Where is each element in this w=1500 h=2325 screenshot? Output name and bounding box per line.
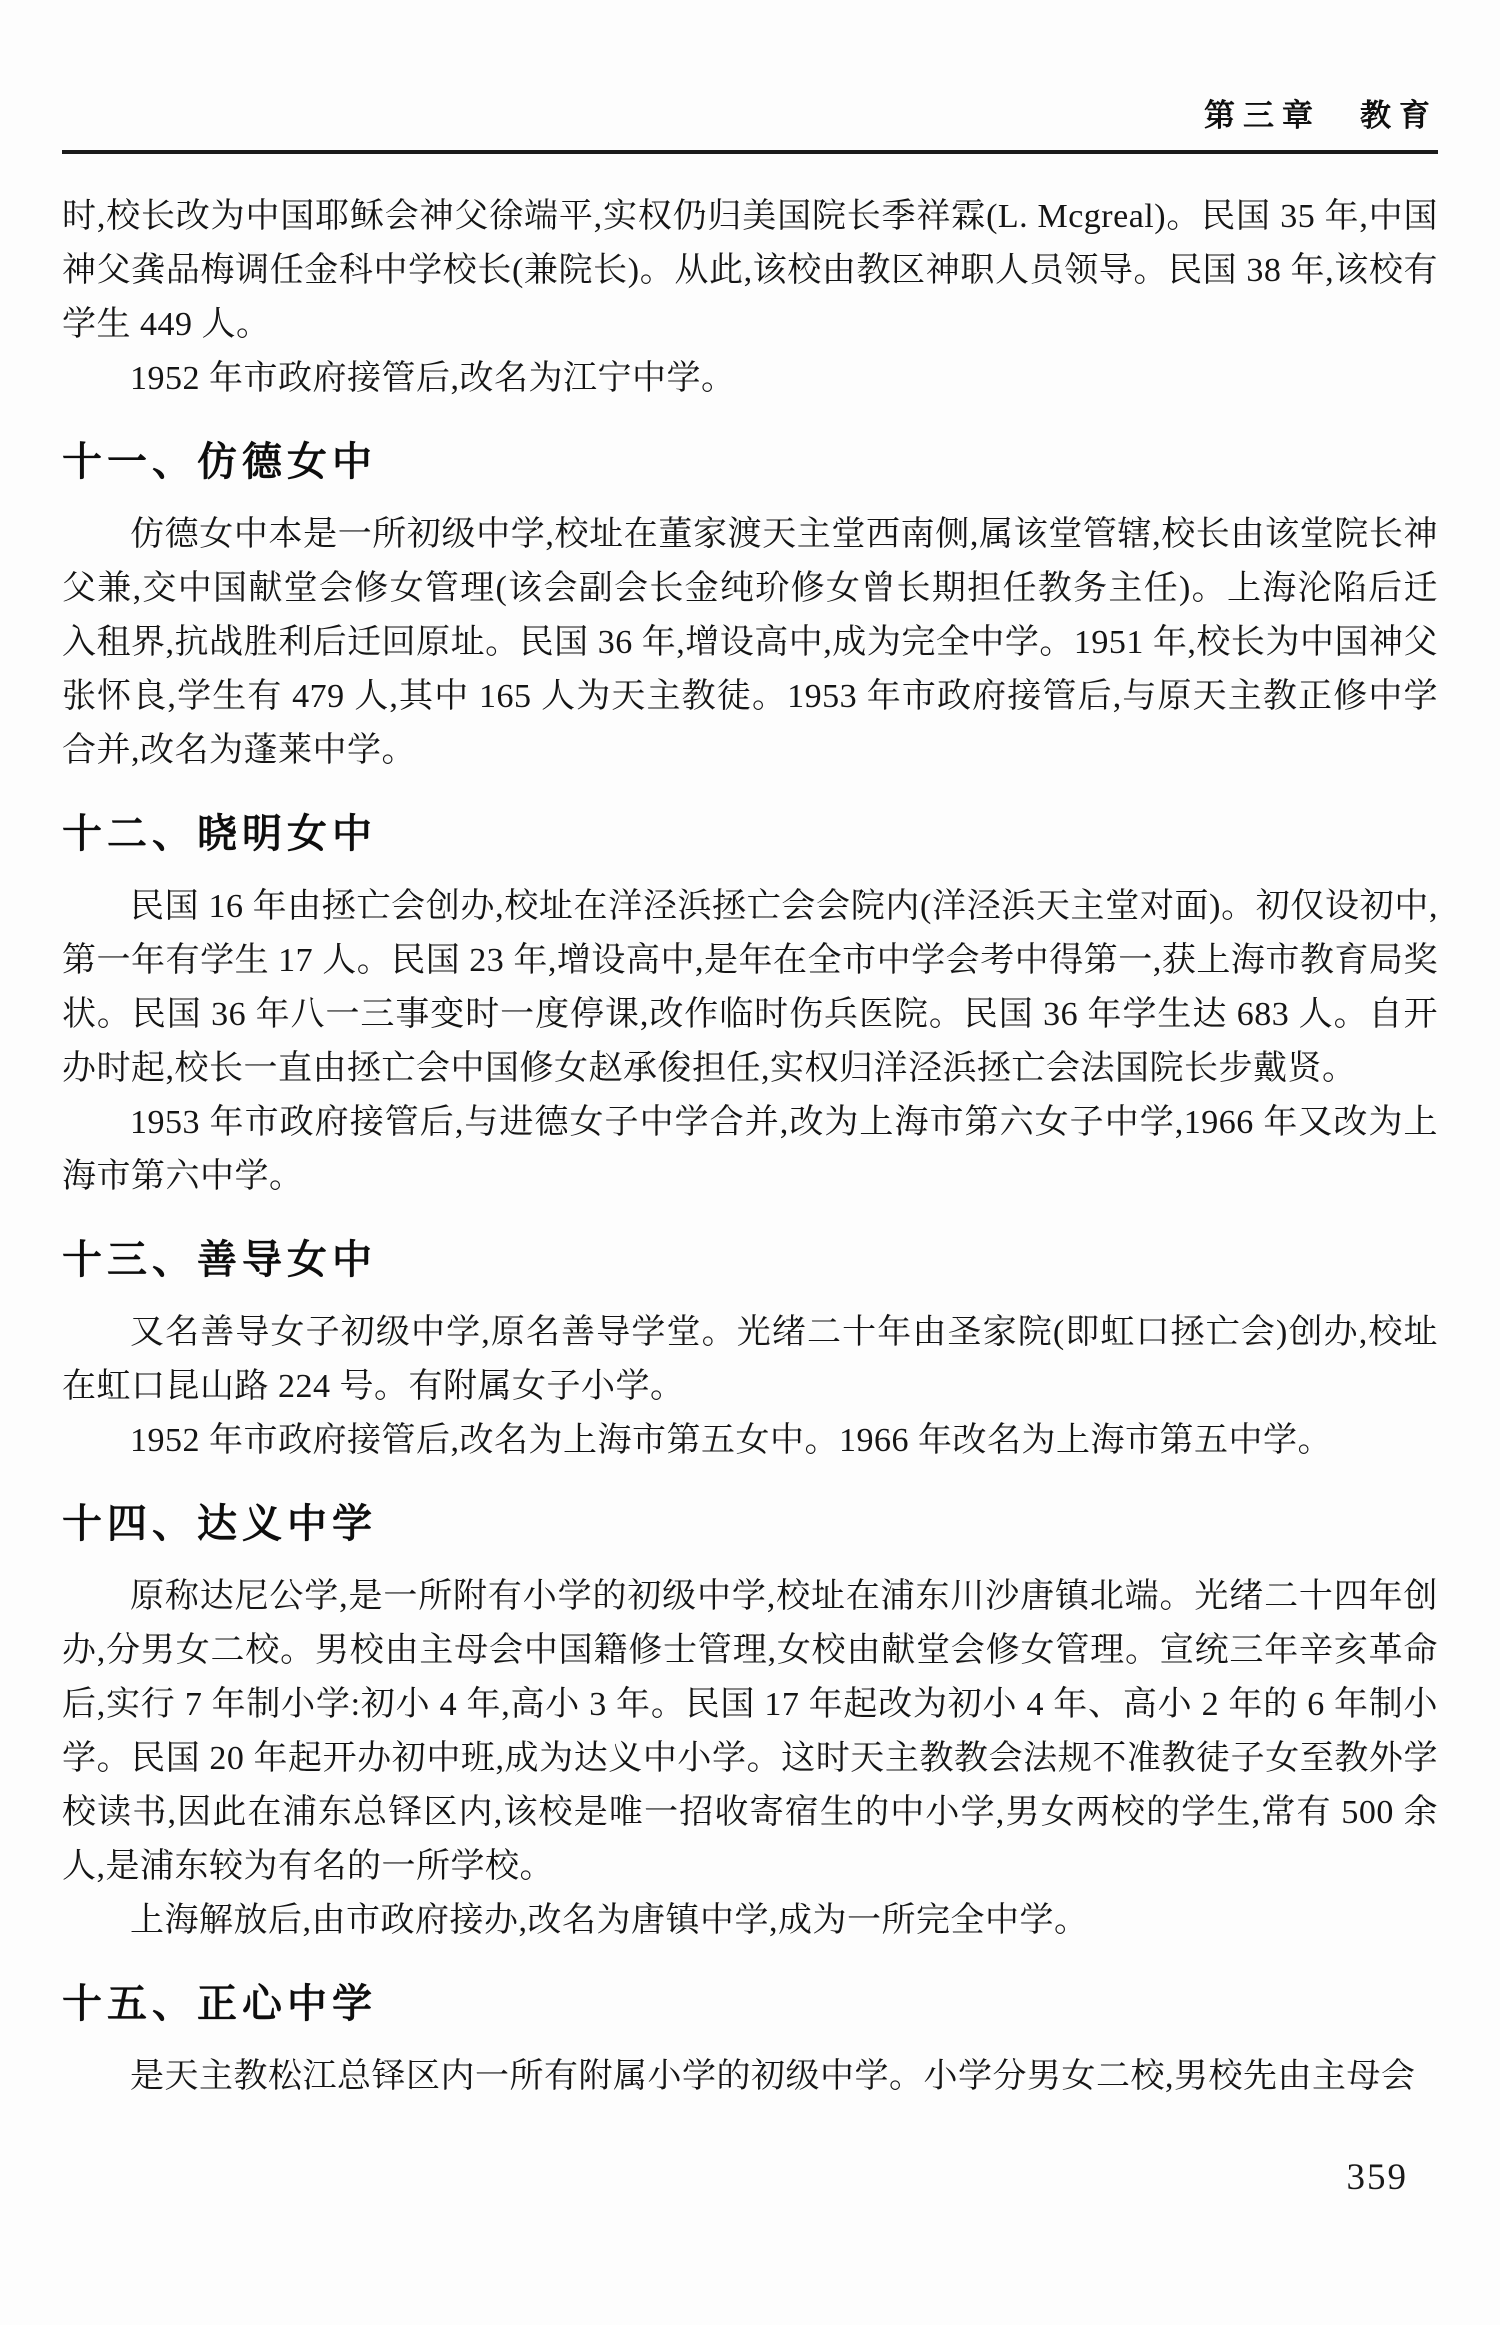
- page-body: 时,校长改为中国耶稣会神父徐端平,实权仍归美国院长季祥霖(L. Mcgreal)…: [62, 190, 1438, 2104]
- section-heading-14: 十四、达义中学: [62, 1502, 1438, 1546]
- section-15-paragraph: 是天主教松江总铎区内一所有附属小学的初级中学。小学分男女二校,男校先由主母会: [62, 2050, 1438, 2104]
- section-13-paragraph-1: 又名善导女子初级中学,原名善导学堂。光绪二十年由圣家院(即虹口拯亡会)创办,校址…: [62, 1306, 1438, 1414]
- section-14-paragraph-1: 原称达尼公学,是一所附有小学的初级中学,校址在浦东川沙唐镇北端。光绪二十四年创办…: [62, 1570, 1438, 1894]
- section-heading-11: 十一、仿德女中: [62, 440, 1438, 484]
- header-divider: [62, 150, 1438, 154]
- chapter-header: 第三章 教育: [62, 0, 1438, 134]
- section-12-paragraph-1: 民国 16 年由拯亡会创办,校址在洋泾浜拯亡会会院内(洋泾浜天主堂对面)。初仅设…: [62, 880, 1438, 1096]
- section-13-paragraph-2: 1952 年市政府接管后,改名为上海市第五女中。1966 年改名为上海市第五中学…: [62, 1414, 1438, 1468]
- intro-paragraph: 1952 年市政府接管后,改名为江宁中学。: [62, 352, 1438, 406]
- scanned-book-page: 第三章 教育 时,校长改为中国耶稣会神父徐端平,实权仍归美国院长季祥霖(L. M…: [0, 0, 1500, 2325]
- section-14-paragraph-2: 上海解放后,由市政府接办,改名为唐镇中学,成为一所完全中学。: [62, 1894, 1438, 1948]
- page-number: 359: [1347, 2156, 1409, 2199]
- section-heading-12: 十二、晓明女中: [62, 812, 1438, 856]
- section-heading-13: 十三、善导女中: [62, 1238, 1438, 1282]
- section-11-paragraph: 仿德女中本是一所初级中学,校址在董家渡天主堂西南侧,属该堂管辖,校长由该堂院长神…: [62, 508, 1438, 778]
- section-12-paragraph-2: 1953 年市政府接管后,与进德女子中学合并,改为上海市第六女子中学,1966 …: [62, 1096, 1438, 1204]
- section-heading-15: 十五、正心中学: [62, 1982, 1438, 2026]
- intro-paragraph-continuation: 时,校长改为中国耶稣会神父徐端平,实权仍归美国院长季祥霖(L. Mcgreal)…: [62, 190, 1438, 352]
